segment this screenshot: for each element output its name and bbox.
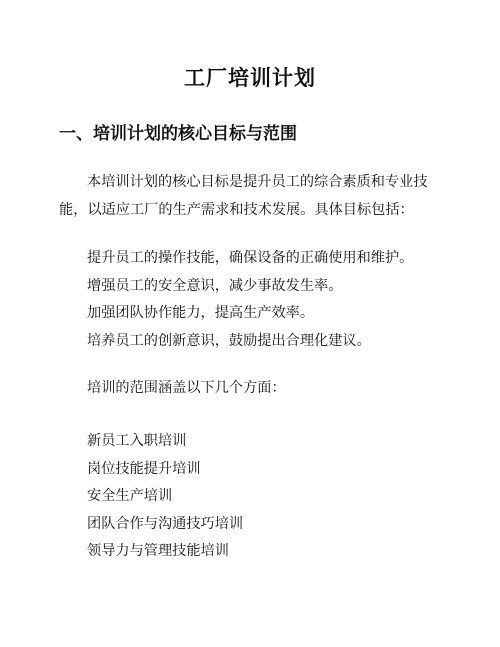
list-item: 增强员工的安全意识，减少事故发生率。 (87, 273, 413, 301)
list-item: 团队合作与沟通技巧培训 (87, 511, 243, 539)
list-item: 新员工入职培训 (87, 428, 243, 456)
section-heading: 一、培训计划的核心目标与范围 (59, 119, 297, 144)
scope-list: 新员工入职培训 岗位技能提升培训 安全生产培训 团队合作与沟通技巧培训 领导力与… (87, 428, 243, 566)
goals-list: 提升员工的操作技能，确保设备的正确使用和维护。 增强员工的安全意识，减少事故发生… (87, 245, 413, 355)
list-item: 领导力与管理技能培训 (87, 538, 243, 566)
intro-paragraph: 本培训计划的核心目标是提升员工的综合素质和专业技能，以适应工厂的生产需求和技术发… (59, 168, 449, 224)
list-item: 安全生产培训 (87, 483, 243, 511)
scope-intro: 培训的范围涵盖以下几个方面： (87, 377, 286, 397)
list-item: 岗位技能提升培训 (87, 456, 243, 484)
list-item: 提升员工的操作技能，确保设备的正确使用和维护。 (87, 245, 413, 273)
list-item: 加强团队协作能力，提高生产效率。 (87, 300, 413, 328)
document-title: 工厂培训计划 (0, 62, 500, 92)
list-item: 培养员工的创新意识，鼓励提出合理化建议。 (87, 328, 413, 356)
